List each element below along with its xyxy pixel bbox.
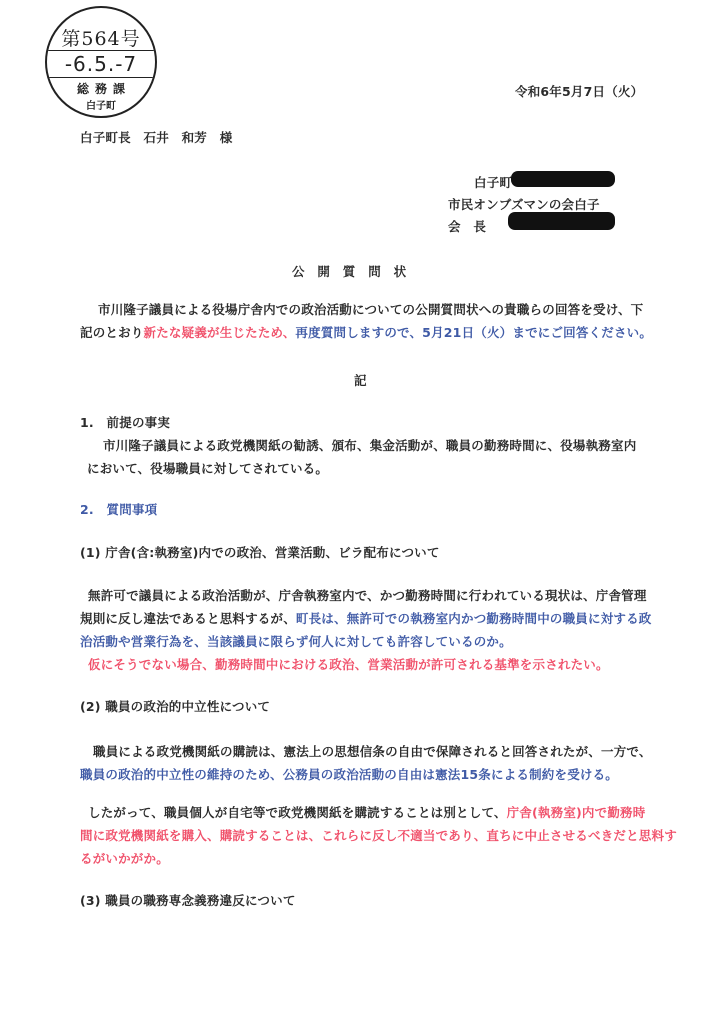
ki-marker: 記: [354, 371, 367, 389]
redaction-bar: [508, 212, 615, 230]
stamp-number: 第564号: [47, 24, 155, 51]
document-date: 令和6年5月7日（火）: [515, 82, 643, 100]
question-2-line-2: 職員の政治的中立性の維持のため、公務員の政治活動の自由は憲法15条による制約を受…: [80, 765, 618, 783]
question-2-line-3-red: 庁舎(執務室)内で勤務時: [507, 805, 646, 820]
intro-red-text: 新たな疑義が生じたため、: [144, 325, 296, 340]
stamp-town: 白子町: [47, 97, 155, 112]
section-1-body-line-2: において、役場職員に対してされている。: [87, 459, 328, 477]
intro-line-1: 市川隆子議員による役場庁舎内での政治活動についての公開質問状への貴職らの回答を受…: [98, 300, 643, 318]
addressee: 白子町長 石井 和芳 様: [80, 128, 232, 146]
sender-town: 白子町: [474, 173, 512, 191]
intro-line-2: 記のとおり新たな疑義が生じたため、再度質問しますので、5月21日（火）までにご回…: [80, 323, 652, 341]
sender-title: 会 長: [448, 217, 486, 235]
stamp-date: -6.5.-7: [47, 52, 155, 76]
redaction-bar: [511, 171, 615, 187]
section-1-heading: 1. 前提の事実: [80, 413, 170, 431]
stamp-department: 総務課: [47, 80, 155, 97]
section-1-body-line-1: 市川隆子議員による政党機関紙の勧誘、頒布、集金活動が、職員の勤務時間に、役場執務…: [103, 436, 636, 454]
question-2-heading: (2) 職員の政治的中立性について: [80, 697, 270, 715]
question-2-line-1: 職員による政党機関紙の購読は、憲法上の思想信条の自由で保障されると回答されたが、…: [93, 742, 652, 760]
question-3-heading: (3) 職員の職務専念義務違反について: [80, 891, 296, 909]
question-2-line-4: 間に政党機関紙を購入、購読することは、これらに反し不適当であり、直ちに中止させる…: [80, 826, 677, 844]
question-2-line-3-black: したがって、職員個人が自宅等で政党機関紙を購読することは別として、: [88, 805, 507, 820]
stamp-divider: [47, 77, 155, 78]
sender-organization: 市民オンブズマンの会白子: [448, 195, 600, 213]
question-2-line-3: したがって、職員個人が自宅等で政党機関紙を購読することは別として、庁舎(執務室)…: [88, 803, 645, 821]
question-1-line-2-blue: 町長は、無許可での執務室内かつ勤務時間中の職員に対する政: [296, 611, 652, 626]
question-1-line-1: 無許可で議員による政治活動が、庁舎執務室内で、かつ勤務時間に行われている現状は、…: [88, 586, 647, 604]
question-1-line-2-black: 規則に反し違法であると思料するが、: [80, 611, 296, 626]
receipt-stamp: 第564号 -6.5.-7 総務課 白子町: [45, 6, 157, 118]
stamp-divider: [47, 50, 155, 51]
intro-prefix: 記のとおり: [80, 325, 144, 340]
question-1-line-2: 規則に反し違法であると思料するが、町長は、無許可での執務室内かつ勤務時間中の職員…: [80, 609, 652, 627]
intro-blue-text: 再度質問しますので、5月21日（火）までにご回答ください。: [295, 325, 652, 340]
question-1-heading: (1) 庁舎(含:執務室)内での政治、営業活動、ビラ配布について: [80, 543, 440, 561]
question-2-line-5: るがいかがか。: [80, 849, 169, 867]
question-1-line-3: 治活動や営業行為を、当該議員に限らず何人に対しても許容しているのか。: [80, 632, 512, 650]
question-1-line-4: 仮にそうでない場合、勤務時間中における政治、営業活動が許可される基準を示されたい…: [88, 655, 609, 673]
section-2-heading: 2. 質問事項: [80, 500, 157, 518]
document-title: 公 開 質 問 状: [292, 262, 406, 280]
